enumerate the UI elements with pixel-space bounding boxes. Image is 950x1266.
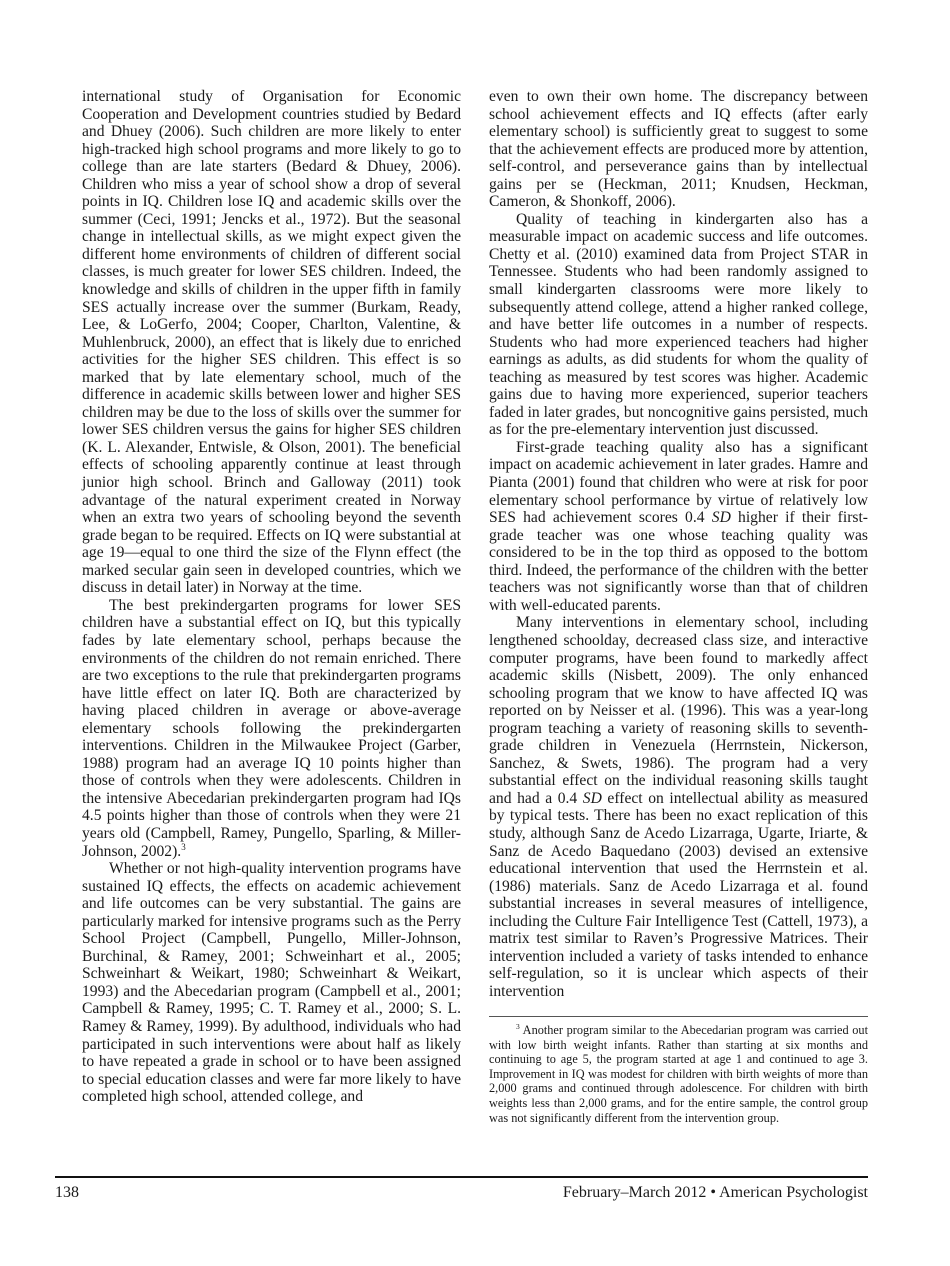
page-number: 138 xyxy=(55,1184,79,1202)
paragraph: Whether or not high-quality intervention… xyxy=(82,860,461,1106)
footer-divider xyxy=(55,1176,868,1178)
paragraph: First-grade teaching quality also has a … xyxy=(489,439,868,614)
paragraph: The best prekindergarten programs for lo… xyxy=(82,597,461,860)
paragraph-text: The best prekindergarten programs for lo… xyxy=(82,597,461,860)
paragraph-text: Many interventions in elementary school,… xyxy=(489,614,868,806)
paragraph: Quality of teaching in kindergarten also… xyxy=(489,211,868,439)
footnote-body: Another program similar to the Abecedari… xyxy=(489,1023,868,1125)
footnote-text: 3 Another program similar to the Abeceda… xyxy=(489,1023,868,1125)
paragraph-text: effect on intellectual ability as measur… xyxy=(489,790,868,1000)
journal-running-footer: February–March 2012 • American Psycholog… xyxy=(563,1184,868,1202)
footnote: 3 Another program similar to the Abeceda… xyxy=(489,1023,868,1125)
left-column: international study of Organisation for … xyxy=(82,88,461,1106)
sd-italic: SD xyxy=(583,790,602,807)
paragraph: international study of Organisation for … xyxy=(82,88,461,597)
footnote-divider xyxy=(489,1016,868,1017)
paragraph: even to own their own home. The discrepa… xyxy=(489,88,868,211)
footnote-ref[interactable]: 3 xyxy=(181,841,186,851)
paragraph: Many interventions in elementary school,… xyxy=(489,614,868,1000)
sd-italic: SD xyxy=(712,509,731,526)
right-column: even to own their own home. The discrepa… xyxy=(489,88,868,1000)
